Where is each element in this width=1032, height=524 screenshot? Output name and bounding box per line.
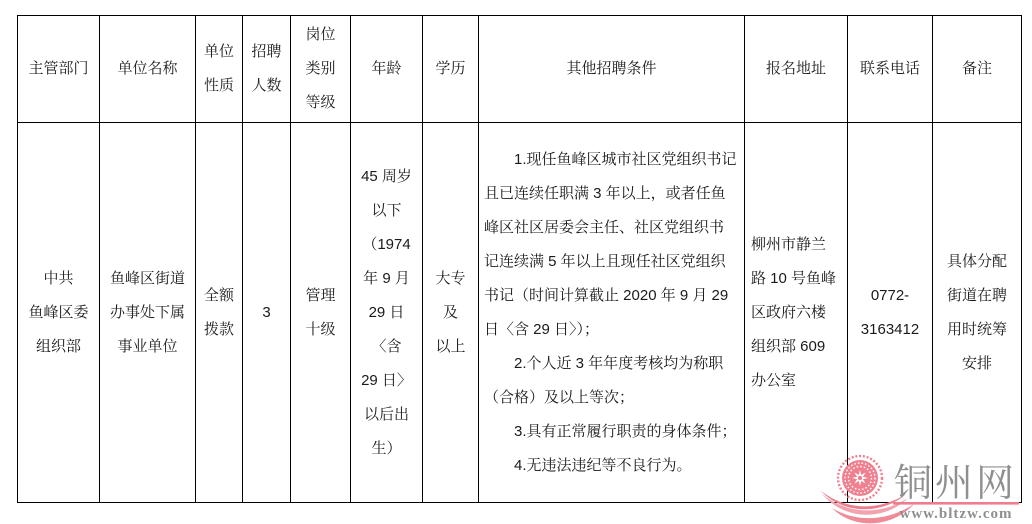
recruitment-notice-page: 主管部门 单位名称 单位 性质 招聘 人数 岗位 类别 等级 年龄 学历 其他招… [0, 0, 1032, 524]
cell-unit-name: 鱼峰区街道 办事处下属 事业单位 [100, 123, 196, 503]
condition-item-4: 4.无违法违纪等不良行为。 [484, 449, 738, 483]
header-registration-address: 报名地址 [745, 16, 848, 123]
table-header-row: 主管部门 单位名称 单位 性质 招聘 人数 岗位 类别 等级 年龄 学历 其他招… [18, 16, 1022, 123]
header-post-level: 岗位 类别 等级 [291, 16, 351, 123]
header-unit-name: 单位名称 [100, 16, 196, 123]
header-remarks: 备注 [933, 16, 1022, 123]
header-education: 学历 [423, 16, 479, 123]
cell-contact-phone: 0772- 3163412 [848, 123, 933, 503]
header-supervisor-department: 主管部门 [18, 16, 100, 123]
header-age: 年龄 [351, 16, 423, 123]
cell-age: 45 周岁 以下 （1974 年 9 月 29 日 〈含 29 日〉 以后出 生… [351, 123, 423, 503]
cell-other-conditions: 1.现任鱼峰区城市社区党组织书记且已连续任职满 3 年以上，或者任鱼峰区社区居委… [479, 123, 745, 503]
cell-remarks: 具体分配 街道在聘 用时统筹 安排 [933, 123, 1022, 503]
cell-post-level: 管理 十级 [291, 123, 351, 503]
table-data-row: 中共 鱼峰区委 组织部 鱼峰区街道 办事处下属 事业单位 全额 拨款 3 管理 … [18, 123, 1022, 503]
recruitment-table: 主管部门 单位名称 单位 性质 招聘 人数 岗位 类别 等级 年龄 学历 其他招… [17, 15, 1022, 503]
cell-supervisor-department: 中共 鱼峰区委 组织部 [18, 123, 100, 503]
header-headcount: 招聘 人数 [243, 16, 291, 123]
cell-unit-nature: 全额 拨款 [196, 123, 243, 503]
cell-registration-address: 柳州市静兰 路 10 号鱼峰 区政府六楼 组织部 609 办公室 [745, 123, 848, 503]
header-other-conditions: 其他招聘条件 [479, 16, 745, 123]
condition-item-3: 3.具有正常履行职责的身体条件； [484, 415, 738, 449]
condition-item-1: 1.现任鱼峰区城市社区党组织书记且已连续任职满 3 年以上，或者任鱼峰区社区居委… [484, 143, 738, 347]
header-contact-phone: 联系电话 [848, 16, 933, 123]
cell-education: 大专 及 以上 [423, 123, 479, 503]
header-unit-nature: 单位 性质 [196, 16, 243, 123]
watermark-site-url: www.bltzw.com [900, 506, 1013, 522]
cell-headcount: 3 [243, 123, 291, 503]
condition-item-2: 2.个人近 3 年年度考核均为称职（合格）及以上等次； [484, 347, 738, 415]
